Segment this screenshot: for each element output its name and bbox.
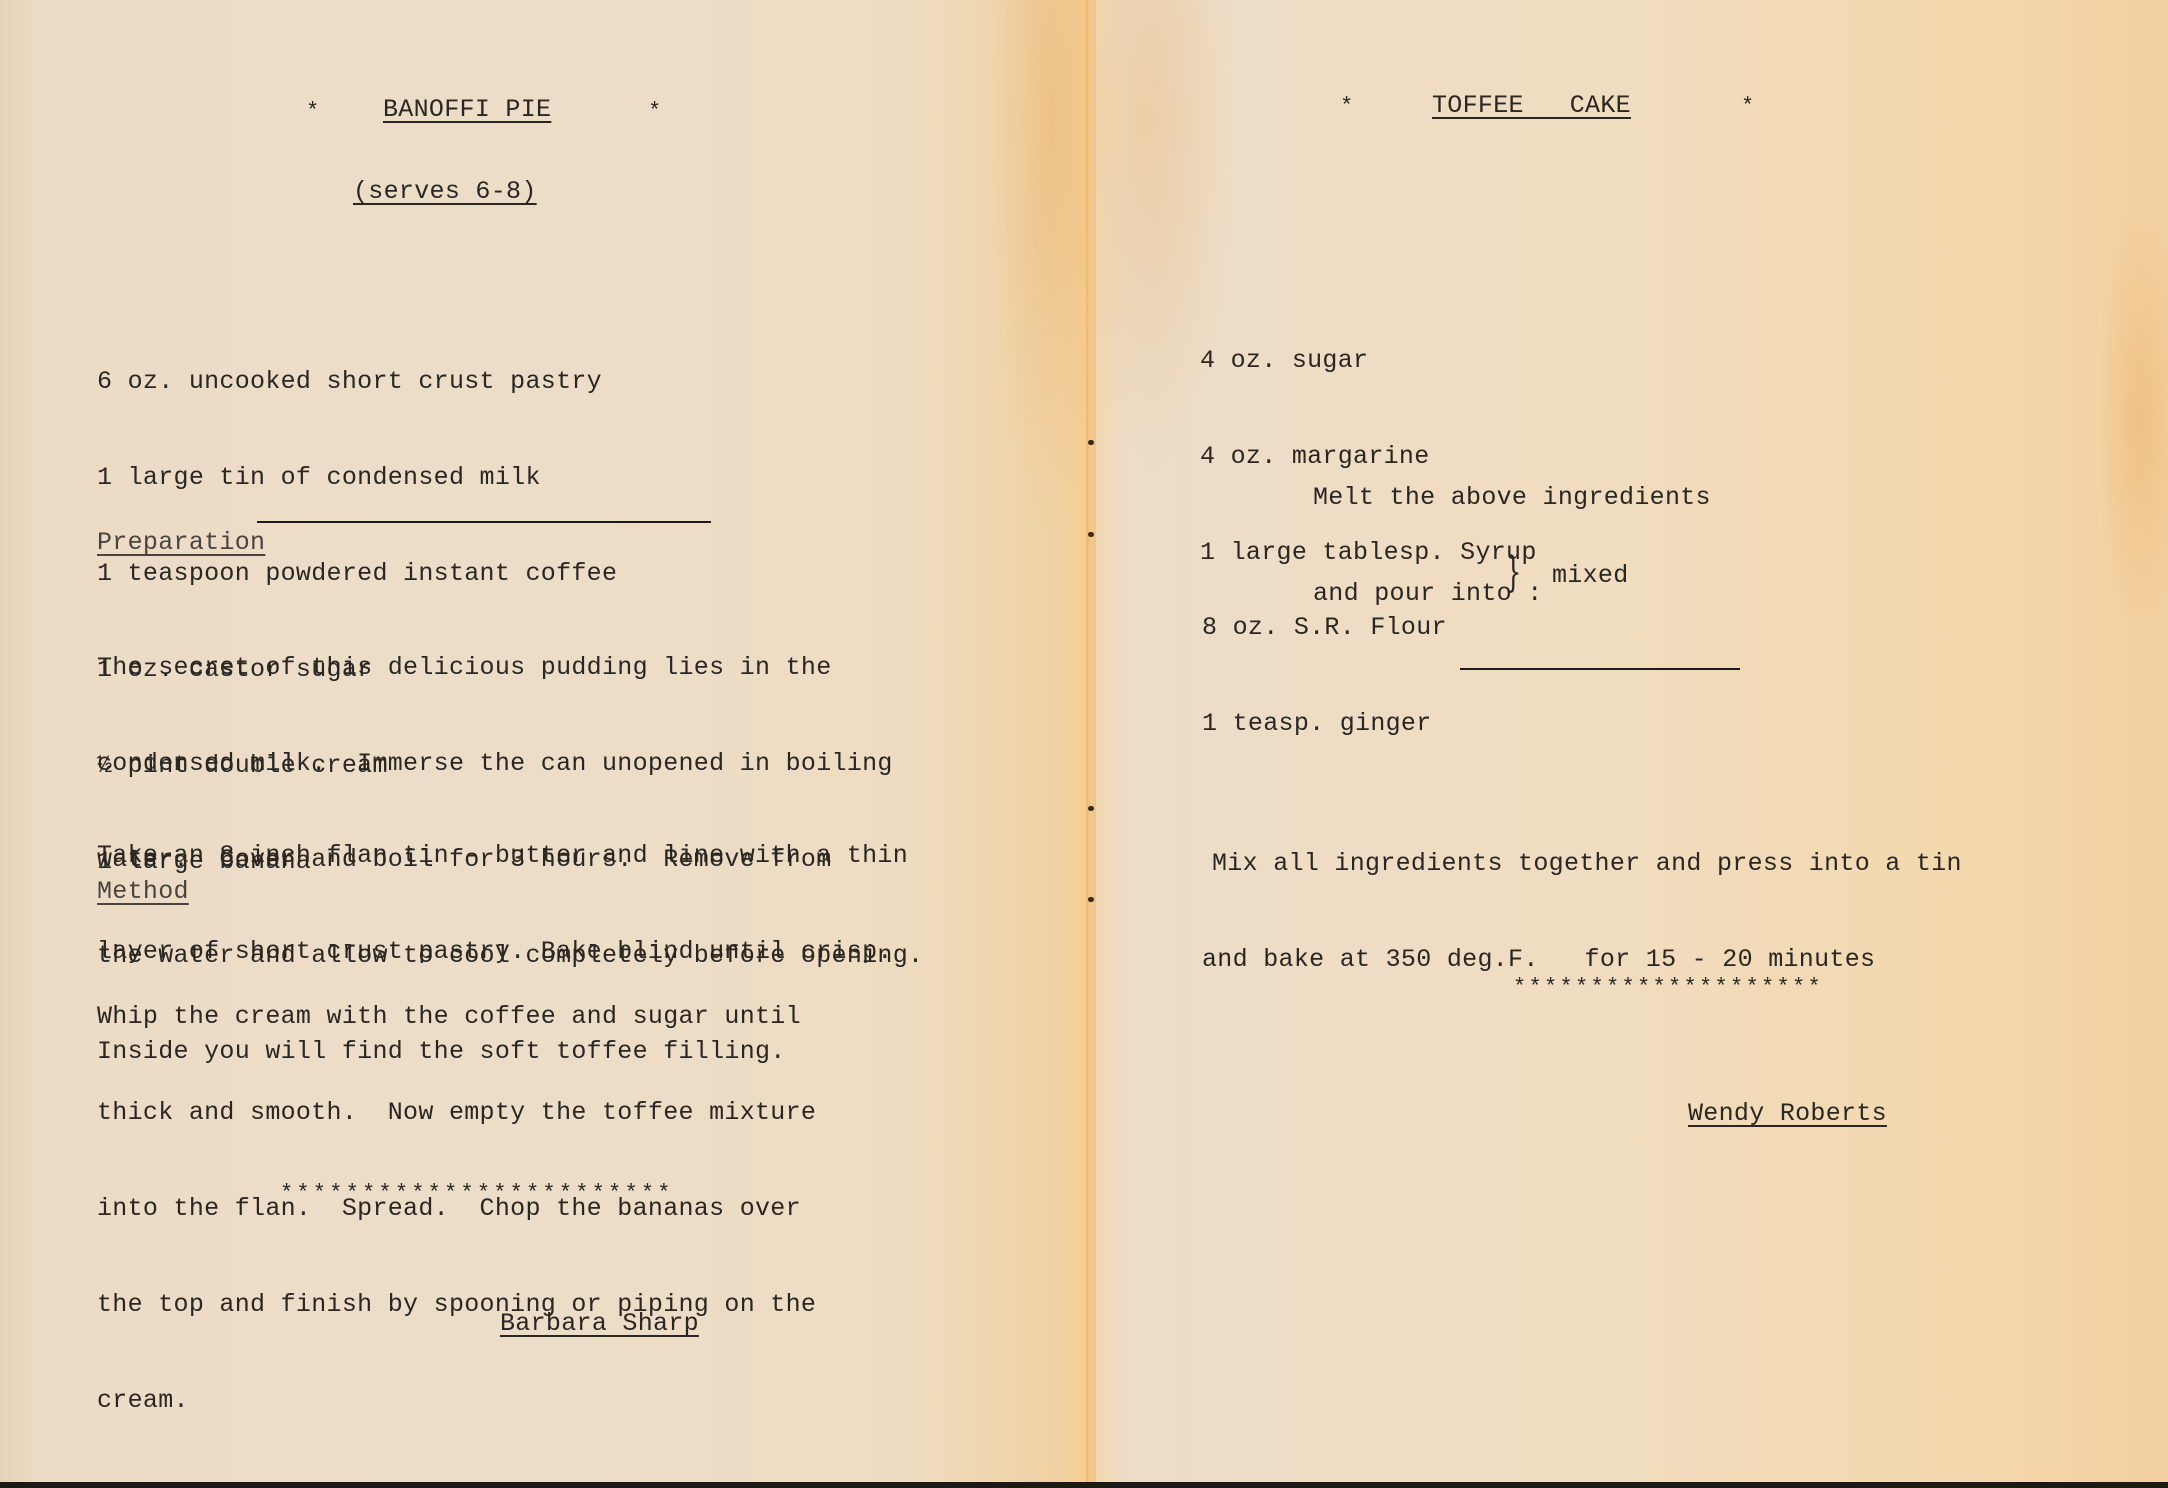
text-line: the top and finish by spooning or piping… <box>97 1289 816 1321</box>
text-line: Melt the above ingredients <box>1313 482 1711 514</box>
ingredient-item: 8 oz. S.R. Flour <box>1202 612 1447 644</box>
asterisk-separator: ******************** <box>1513 972 1823 1004</box>
text-line: Mix all ingredients together and press i… <box>1202 848 1962 880</box>
title-star-right: * <box>648 96 661 128</box>
asterisk-separator: ************************ <box>280 1178 674 1210</box>
serves-label: (serves 6-8) <box>353 176 537 208</box>
ingredient-item: 1 teasp. ginger <box>1202 708 1447 740</box>
recipe-title-toffee-cake: TOFFEE CAKE <box>1432 90 1631 122</box>
divider-rule <box>257 521 711 523</box>
text-line: thick and smooth. Now empty the toffee m… <box>97 1097 816 1129</box>
author-signature: Barbara Sharp <box>500 1308 699 1340</box>
text-line: The secret of this delicious pudding lie… <box>97 652 923 684</box>
method-heading: Method <box>97 876 189 908</box>
title-star-right: * <box>1741 91 1754 123</box>
staple-hole <box>1088 532 1094 537</box>
preparation-heading: Preparation <box>97 527 265 559</box>
title-star-left: * <box>1340 91 1353 123</box>
ingredient-item: 4 oz. sugar <box>1200 345 1537 377</box>
author-signature: Wendy Roberts <box>1688 1098 1887 1130</box>
ingredient-item: 1 teaspoon powdered instant coffee <box>97 558 617 590</box>
book-spine <box>1086 0 1096 1482</box>
right-page: * TOFFEE CAKE * 4 oz. sugar 4 oz. margar… <box>1090 0 2168 1482</box>
staple-hole <box>1088 897 1094 902</box>
ingredient-item: 1 large tin of condensed milk <box>97 462 617 494</box>
title-star-left: * <box>306 96 319 128</box>
staple-hole <box>1088 440 1094 445</box>
mixed-label: mixed <box>1552 560 1629 592</box>
staple-hole <box>1088 806 1094 811</box>
recipe-title-banoffi-pie: BANOFFI PIE <box>383 94 551 126</box>
table-surface <box>0 1482 2168 1488</box>
text-line: Whip the cream with the coffee and sugar… <box>97 1001 816 1033</box>
divider-rule <box>1460 668 1740 670</box>
brace-icon: } <box>1505 552 1521 592</box>
text-line: Take an 8 inch flan tin - butter and lin… <box>97 840 908 872</box>
ingredient-item: 6 oz. uncooked short crust pastry <box>97 366 617 398</box>
text-line: cream. <box>97 1385 816 1417</box>
mixed-ingredients-list: 8 oz. S.R. Flour 1 teasp. ginger <box>1202 548 1447 804</box>
left-page: * BANOFFI PIE * (serves 6-8) 6 oz. uncoo… <box>0 0 1090 1482</box>
